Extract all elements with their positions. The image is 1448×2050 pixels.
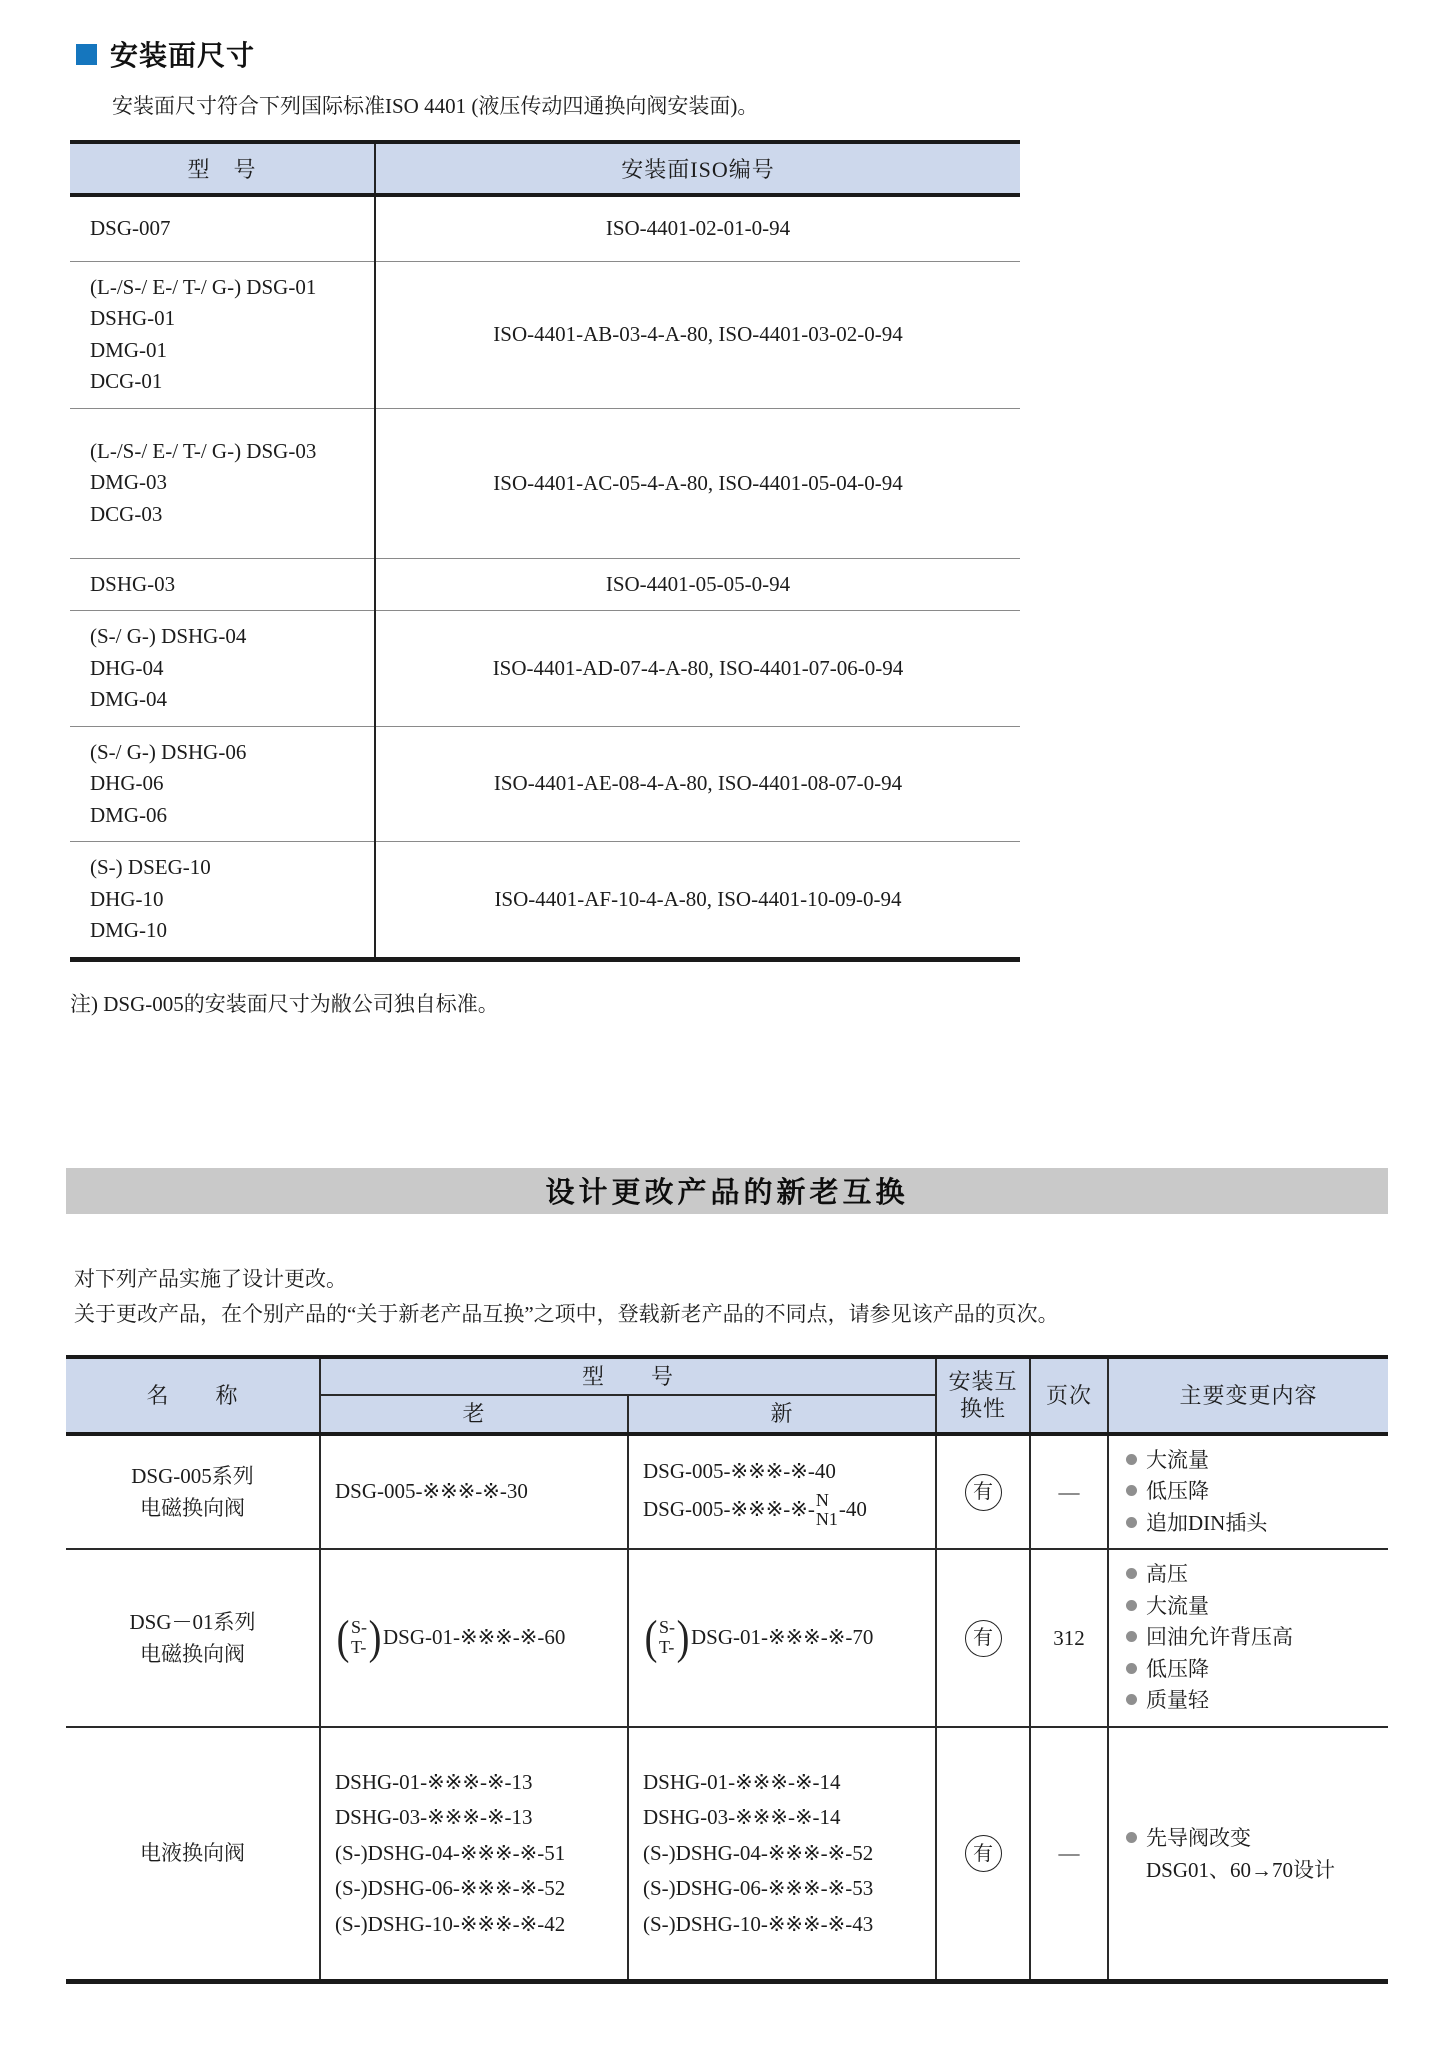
model-cell: (S-) DSEG-10 DHG-10 DMG-10 (70, 842, 375, 960)
changes-cell: 高压 大流量 回油允许背压高 低压降 质量轻 (1108, 1549, 1388, 1727)
col-header-iso: 安装面ISO编号 (375, 142, 1020, 195)
iso-cell: ISO-4401-AE-08-4-A-80, ISO-4401-08-07-0-… (375, 726, 1020, 842)
n-n1-stack: N N1 (816, 1491, 838, 1529)
col-header-old: 老 (320, 1395, 628, 1434)
col-header-page: 页次 (1030, 1357, 1108, 1434)
section1-heading-text: 安装面尺寸 (110, 34, 255, 74)
iso-cell: ISO-4401-AF-10-4-A-80, ISO-4401-10-09-0-… (375, 842, 1020, 960)
iso-cell: ISO-4401-AB-03-4-A-80, ISO-4401-03-02-0-… (375, 261, 1020, 408)
table-row: DSG-007 ISO-4401-02-01-0-94 (70, 195, 1020, 261)
table-header-row-1: 名 称 型 号 安装互 换性 页次 主要变更内容 (66, 1357, 1388, 1396)
circled-yes-mark: 有 (965, 1474, 1002, 1511)
col-header-compat: 安装互 换性 (936, 1357, 1030, 1434)
page-cell: — (1030, 1434, 1108, 1550)
table-row: (L-/S-/ E-/ T-/ G-) DSG-03 DMG-03 DCG-03… (70, 408, 1020, 558)
bullet-icon (1126, 1694, 1137, 1705)
iso-cell: ISO-4401-AD-07-4-A-80, ISO-4401-07-06-0-… (375, 611, 1020, 727)
compat-cell: 有 (936, 1727, 1030, 1982)
iso-cell: ISO-4401-05-05-0-94 (375, 558, 1020, 611)
col-header-new: 新 (628, 1395, 936, 1434)
circled-yes-mark: 有 (965, 1620, 1002, 1657)
table-row: (L-/S-/ E-/ T-/ G-) DSG-01 DSHG-01 DMG-0… (70, 261, 1020, 408)
old-model-cell: ( S- T- ) DSG-01-※※※-※-60 (320, 1549, 628, 1727)
new-model-cell: ( S- T- ) DSG-01-※※※-※-70 (628, 1549, 936, 1727)
section1-heading: 安装面尺寸 (76, 34, 1448, 74)
new-model-cell: DSG-005-※※※-※-40 DSG-005-※※※-※- N N1 -40 (628, 1434, 936, 1550)
col-header-name: 名 称 (66, 1357, 320, 1434)
change-sub-line: DSG01、60→70设计 (1146, 1854, 1383, 1884)
name-cell: DSG－01系列 电磁换向阀 (66, 1549, 320, 1727)
col-header-model: 型 号 (70, 142, 375, 195)
bullet-icon (1126, 1568, 1137, 1579)
blue-square-icon (76, 44, 97, 65)
mounting-surface-table: 型 号 安装面ISO编号 DSG-007 ISO-4401-02-01-0-94… (70, 140, 1020, 962)
model-cell: (L-/S-/ E-/ T-/ G-) DSG-03 DMG-03 DCG-03 (70, 408, 375, 558)
design-change-table: 名 称 型 号 安装互 换性 页次 主要变更内容 老 新 DSG-005系列 电… (66, 1355, 1388, 1985)
table-row: (S-/ G-) DSHG-06 DHG-06 DMG-06 ISO-4401-… (70, 726, 1020, 842)
compat-cell: 有 (936, 1434, 1030, 1550)
model-cell: (S-/ G-) DSHG-04 DHG-04 DMG-04 (70, 611, 375, 727)
page-cell: 312 (1030, 1549, 1108, 1727)
iso-cell: ISO-4401-02-01-0-94 (375, 195, 1020, 261)
paragraph-line-2: 关于更改产品，在个别产品的“关于新老产品互换”之项中，登载新老产品的不同点，请参… (74, 1297, 1448, 1333)
model-cell: (S-/ G-) DSHG-06 DHG-06 DMG-06 (70, 726, 375, 842)
bullet-icon (1126, 1485, 1137, 1496)
new-model-cell: DSHG-01-※※※-※-14 DSHG-03-※※※-※-14 (S-)DS… (628, 1727, 936, 1982)
section2-paragraph: 对下列产品实施了设计更改。 关于更改产品，在个别产品的“关于新老产品互换”之项中… (74, 1262, 1448, 1333)
s-t-stack: S- T- (659, 1618, 675, 1658)
footnote: 注) DSG-005的安装面尺寸为敝公司独自标准。 (70, 988, 1448, 1018)
bullet-icon (1126, 1663, 1137, 1674)
section1-intro: 安装面尺寸符合下列国际标准ISO 4401 (液压传动四通换向阀安装面)。 (112, 90, 1448, 120)
changes-cell: 先导阀改变 DSG01、60→70设计 (1108, 1727, 1388, 1982)
page-cell: — (1030, 1727, 1108, 1982)
name-cell: 电液换向阀 (66, 1727, 320, 1982)
model-cell: DSHG-03 (70, 558, 375, 611)
paragraph-line-1: 对下列产品实施了设计更改。 (74, 1262, 1448, 1298)
model-cell: DSG-007 (70, 195, 375, 261)
table-row: DSG-005系列 电磁换向阀 DSG-005-※※※-※-30 DSG-005… (66, 1434, 1388, 1550)
table-row: (S-/ G-) DSHG-04 DHG-04 DMG-04 ISO-4401-… (70, 611, 1020, 727)
section2-banner: 设计更改产品的新老互换 (66, 1168, 1388, 1214)
circled-yes-mark: 有 (965, 1835, 1002, 1872)
catalog-page: 安装面尺寸 安装面尺寸符合下列国际标准ISO 4401 (液压传动四通换向阀安装… (0, 0, 1448, 2050)
table-row: 电液换向阀 DSHG-01-※※※-※-13 DSHG-03-※※※-※-13 … (66, 1727, 1388, 1982)
compat-cell: 有 (936, 1549, 1030, 1727)
col-header-changes: 主要变更内容 (1108, 1357, 1388, 1434)
iso-cell: ISO-4401-AC-05-4-A-80, ISO-4401-05-04-0-… (375, 408, 1020, 558)
bullet-icon (1126, 1517, 1137, 1528)
model-cell: (L-/S-/ E-/ T-/ G-) DSG-01 DSHG-01 DMG-0… (70, 261, 375, 408)
bullet-icon (1126, 1600, 1137, 1611)
table-row: DSG－01系列 电磁换向阀 ( S- T- ) DSG-01-※※※-※-60 (66, 1549, 1388, 1727)
bullet-icon (1126, 1832, 1137, 1843)
table-row: DSHG-03 ISO-4401-05-05-0-94 (70, 558, 1020, 611)
table-header-row: 型 号 安装面ISO编号 (70, 142, 1020, 195)
old-model-cell: DSG-005-※※※-※-30 (320, 1434, 628, 1550)
col-header-model: 型 号 (320, 1357, 936, 1396)
old-model-cell: DSHG-01-※※※-※-13 DSHG-03-※※※-※-13 (S-)DS… (320, 1727, 628, 1982)
bullet-icon (1126, 1454, 1137, 1465)
table-row: (S-) DSEG-10 DHG-10 DMG-10 ISO-4401-AF-1… (70, 842, 1020, 960)
bullet-icon (1126, 1631, 1137, 1642)
changes-cell: 大流量 低压降 追加DIN插头 (1108, 1434, 1388, 1550)
s-t-stack: S- T- (351, 1618, 367, 1658)
name-cell: DSG-005系列 电磁换向阀 (66, 1434, 320, 1550)
